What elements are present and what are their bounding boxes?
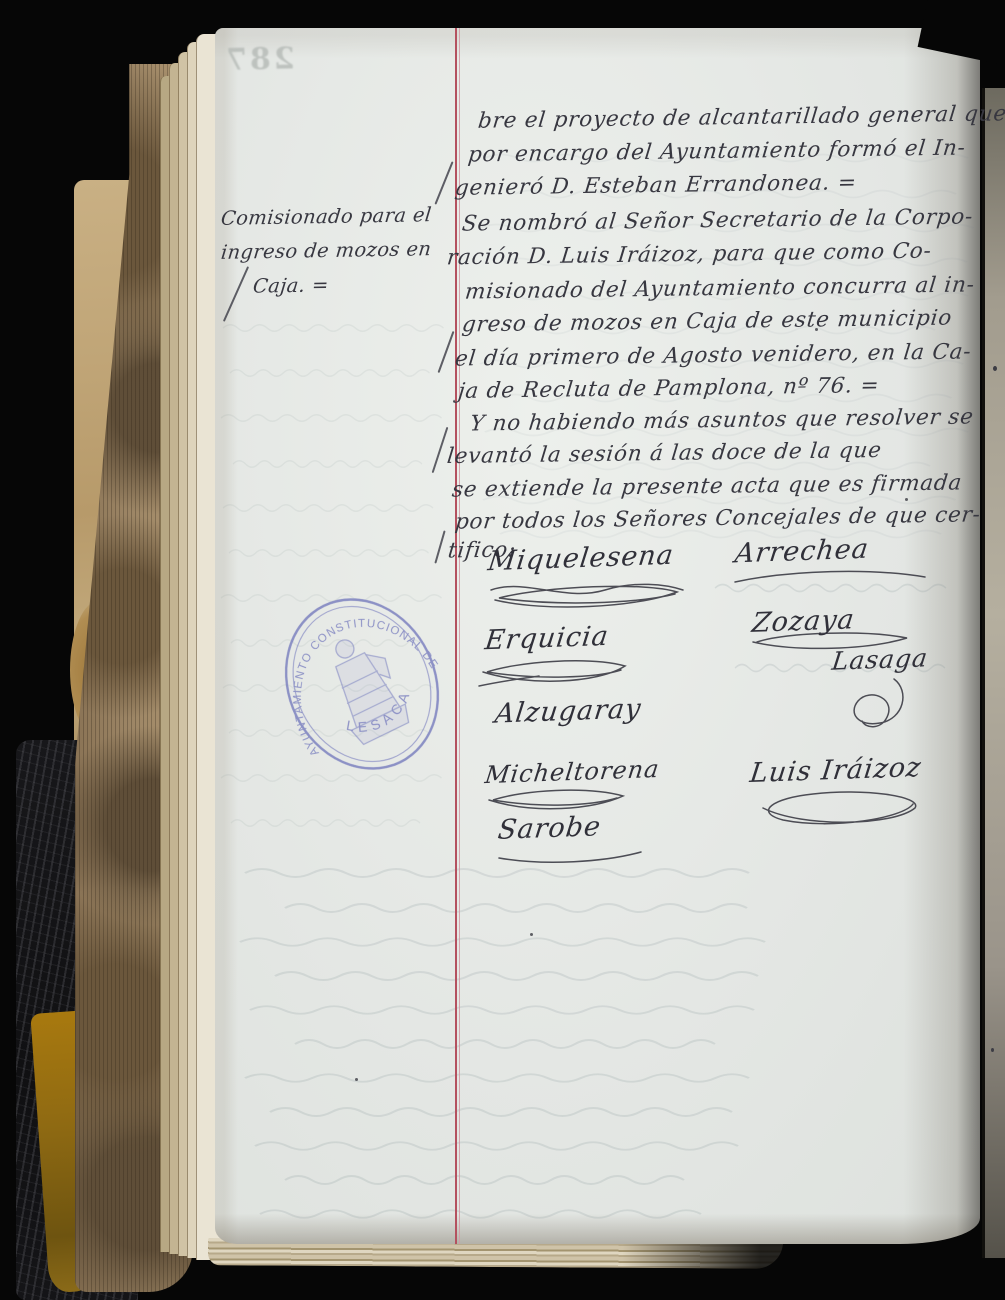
handwritten-line: el día primero de Agosto venidero, en la… [454,339,973,371]
handwritten-line: ja de Recluta de Pamplona, nº 76. = [457,373,881,404]
pen-stroke [434,530,445,563]
handwritten-line: se extiende la presente acta que es firm… [451,470,964,502]
handwritten-line: genieró D. Esteban Errandonea. = [454,170,858,201]
margin-note-line: ingreso de mozos en [220,237,433,264]
municipal-stamp: AYUNTAMIENTO CONSTITUCIONAL DE LESACA [226,546,498,822]
handwritten-line: levantó la sesión á las doce de la que [446,438,883,469]
signature-flourish [485,576,690,612]
handwritten-line: ración D. Luis Iráizoz, para que como Co… [446,239,933,271]
signature-flourish [743,786,928,830]
handwritten-line: bre el proyecto de alcantarillado genera… [477,101,1005,133]
scanned-book-photo: 287 Comisionado para el ingreso de mozos… [0,0,1005,1300]
signature: Lasaga [830,643,930,675]
signature: Arrechea [733,534,871,570]
signature: Micheltorena [483,755,661,789]
signature: Sarobe [496,811,603,846]
manuscript-page: 287 Comisionado para el ingreso de mozos… [215,28,980,1244]
handwritten-line: misionado del Ayuntamiento concurra al i… [464,272,976,304]
facing-page-sliver [982,88,1005,1258]
margin-rule-line [455,28,457,1244]
handwritten-line: greso de mozos en Caja de este municipio [461,306,954,338]
page-number-bleed: 287 [223,41,295,77]
pen-stroke [434,161,453,204]
ink-speck [993,366,997,371]
signature-flourish [840,673,914,737]
pen-stroke [438,331,455,373]
margin-note-line: Caja. = [252,273,330,297]
margin-rule-line [459,28,460,1244]
margin-note-line: Comisionado para el [220,203,433,230]
signature: Alzugaray [493,693,643,729]
handwritten-line: Y no habiendo más asuntos que resolver s… [469,404,975,436]
signature-flourish [731,568,931,586]
signature-flourish [495,848,645,866]
signature: Miquelesena [486,540,676,578]
pen-stroke [223,266,249,322]
handwritten-line: por todos los Señores Concejales de que … [454,502,982,534]
ink-speck [991,1048,994,1052]
signature: Luis Iráizoz [748,752,923,789]
handwritten-line: por encargo del Ayuntamiento formó el In… [467,136,967,168]
signature-flourish [477,658,637,688]
handwritten-line: Se nombró al Señor Secretario de la Corp… [461,204,975,236]
signature: Erquicia [483,621,611,656]
